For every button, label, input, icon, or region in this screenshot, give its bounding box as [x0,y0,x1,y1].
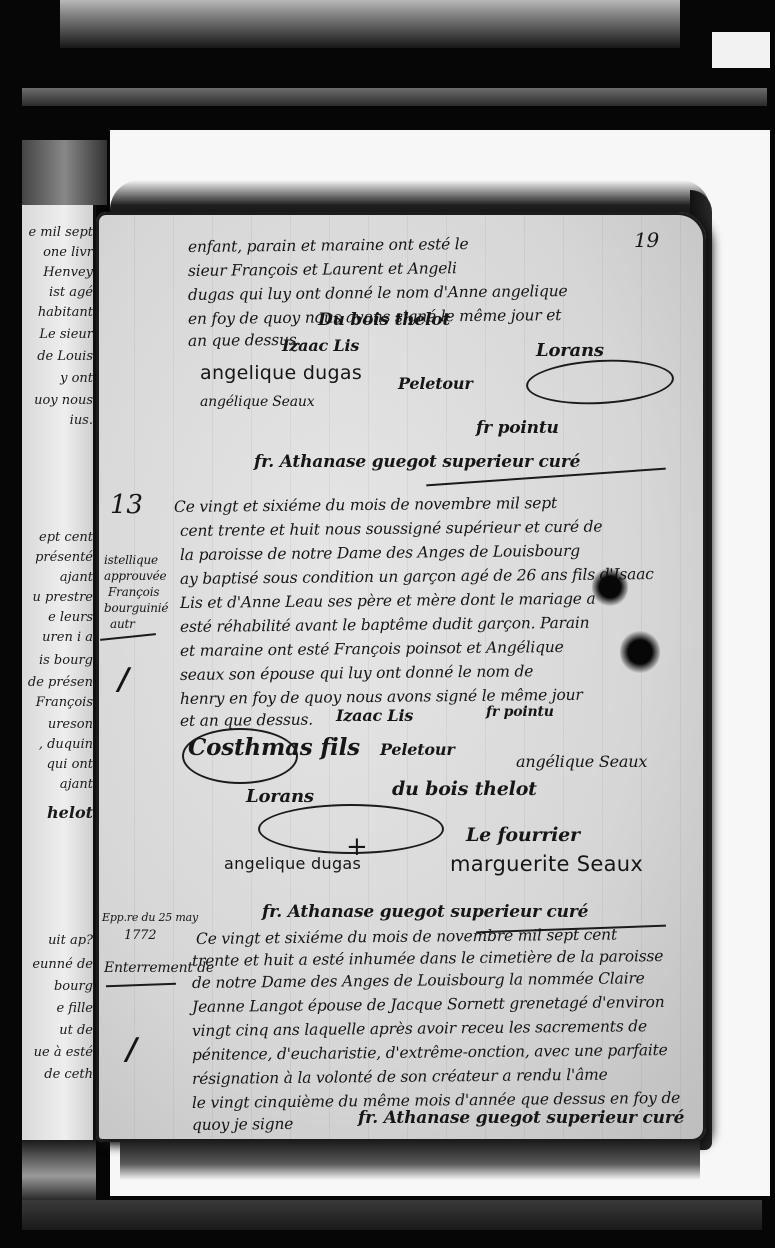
entry-text-line: Ce vingt et sixiéme du mois de novembre … [174,494,557,516]
left-fragment: e mil sept [28,225,93,240]
entry-text-line: Lis et d'Anne Leau ses père et mère dont… [180,590,596,612]
entry-text-line: Jeanne Langot épouse de Jacque Sornett g… [192,993,665,1016]
signature-priest: fr. Athanase guegot superieur curé [262,902,588,922]
left-fragment: y ont [60,371,93,386]
left-fragment: one livr [43,245,93,260]
margin-note-line: approuvée [104,568,166,584]
signature-priest: fr. Athanase guegot superieur curé [254,452,580,472]
margin-note-date: Epp.re du 25 may [102,910,198,926]
entry-text-line: trente et huit a esté inhumée dans le ci… [192,947,663,970]
left-fragment: is bourg [39,653,93,668]
margin-rule [106,983,176,987]
margin-note-year: 1772 [124,928,156,944]
entry-text-line: résignation à la volonté de son créateur… [192,1066,608,1088]
left-fragment: uoy nous [34,393,93,408]
tally-mark: / [126,1032,137,1067]
left-fragment: habitant [38,305,93,320]
entry-text-line: de notre Dame des Anges de Louisbourg la… [192,969,645,992]
ink-blot [620,630,660,674]
left-fragment: , duquin [39,737,93,752]
microfilm-scan: e mil sept one livr Henvey ist agé habit… [0,0,775,1248]
left-fragment: ureson [48,717,93,732]
signature-le-fourrier: Le fourrier [466,824,580,846]
entry-text-line: dugas qui luy ont donné le nom d'Anne an… [188,282,568,304]
signature-flourish [182,728,298,784]
signature-isaac-lis: Izaac Lis [336,706,413,725]
margin-note-line: autr [110,616,135,632]
signature-dubois-thelot: Du bois thelot [318,310,450,330]
left-signature-fragment: helot [47,803,93,822]
entry-text-line: cent trente et huit nous soussigné supér… [180,518,602,540]
entry-text-line: esté réhabilité avant le baptême dudit g… [180,614,590,636]
tally-mark: / [118,662,129,697]
entry-text-line: seaux son épouse qui luy ont donné le no… [180,662,533,684]
signature-peletour: Peletour [380,740,455,759]
left-fragment: de Louis [37,349,93,364]
signature-isaac-lis: Izaac Lis [282,336,359,355]
register-page: 19 enfant, parain et maraine ont esté le… [96,212,706,1142]
left-fragment: ue à esté [34,1045,93,1060]
left-fragment: de présen [28,675,93,690]
margin-rule [100,633,156,641]
entry-text-line: pénitence, d'eucharistie, d'extrême-onct… [192,1041,668,1064]
scanner-bed [22,1200,762,1230]
page-bottom-shadow [120,1140,700,1180]
entry-text-line: et maraine ont esté François poinsot et … [180,638,564,660]
left-fragment: présenté [35,550,93,565]
left-fragment: Le sieur [39,327,93,342]
signature-fr-pointu: fr pointu [486,704,554,720]
entry-text-line: et an que dessus. [180,711,313,730]
margin-note-line: bourguinié [104,600,168,616]
signature-angelique-dugas: angelique dugas [224,854,361,873]
previous-volume-edge [60,0,680,48]
entry-text-line: sieur François et Laurent et Angeli [188,259,457,280]
left-fragment: ajant [60,570,93,585]
left-fragment: de ceth [44,1067,93,1082]
left-fragment: e fille [56,1001,93,1016]
signature-marguerite-seaux: marguerite Seaux [450,852,643,876]
signature-dubois-thelot: du bois thelot [392,778,537,800]
entry-text-line: la paroisse de notre Dame des Anges de L… [180,542,580,564]
left-fragment: eunné de [32,957,93,972]
left-fragment: e leurs [48,610,93,625]
left-fragment: ut de [59,1023,93,1038]
ink-blot [592,567,628,607]
signature-angelique-seaux: angélique Seaux [200,394,314,410]
signature-flourish [525,356,675,408]
signature-angelique-dugas: angelique dugas [200,362,362,384]
signature-angelique-seaux: angélique Seaux [516,752,647,771]
entry-text-line: enfant, parain et maraine ont esté le [188,235,469,256]
entry-text-line: Ce vingt et sixiéme du mois de novembre … [196,926,617,948]
entry-number: 13 [110,490,143,520]
left-fragment: bourg [54,979,93,994]
signature-peletour: Peletour [398,374,473,393]
left-fragment: uit ap? [48,933,93,948]
left-fragment: François [36,695,93,710]
left-binding-tab [22,140,107,205]
left-fragment: Henvey [43,265,93,280]
left-page-fragment: e mil sept one livr Henvey ist agé habit… [22,205,96,1140]
signature-fr-pointu: fr pointu [476,418,559,438]
left-fragment: uren i a [42,630,93,645]
left-fragment: ist agé [49,285,93,300]
signature-priest: fr. Athanase guegot superieur curé [358,1108,684,1128]
shelf-strip [22,88,767,106]
margin-note-line: istellique [104,552,158,568]
left-fragment: qui ont [47,757,93,772]
entry-text-line: vingt cinq ans laquelle après avoir rece… [192,1017,647,1040]
left-page-bottom-edge [22,1140,96,1200]
entry-text-line: ay baptisé sous condition un garçon agé … [180,565,654,588]
left-fragment: ajant [60,777,93,792]
entry-text-line: quoy je signe [192,1115,293,1134]
margin-note-line: François [108,584,159,600]
left-fragment: u prestre [32,590,93,605]
signature-lorans: Lorans [536,340,604,361]
paper-tab [712,32,770,68]
left-fragment: ept cent [39,530,93,545]
left-fragment: ius. [70,413,93,428]
signature-lorans: Lorans [246,786,314,807]
folio-number: 19 [634,228,659,252]
